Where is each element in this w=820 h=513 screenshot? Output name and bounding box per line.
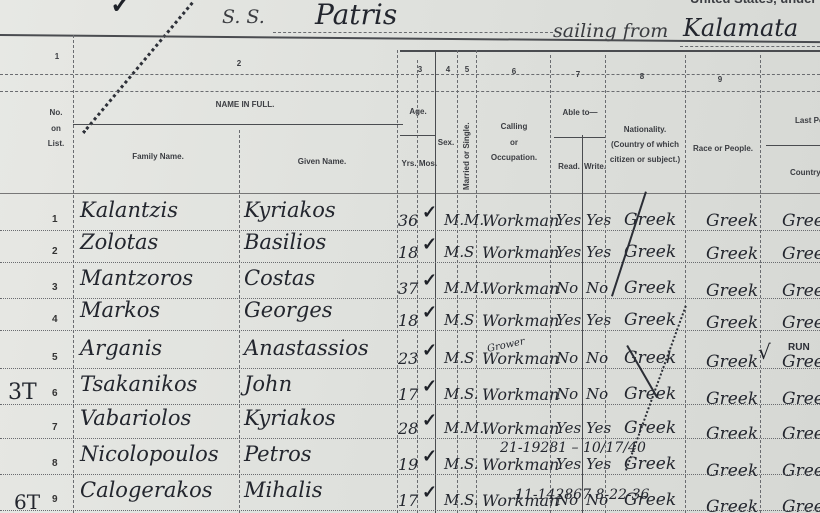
row7-note: 21-19281 – 10/17/40 <box>500 440 646 456</box>
row-check-mark-icon: ✓ <box>422 202 437 223</box>
cell-nationality: Greek <box>624 278 676 298</box>
cell-write: No <box>586 279 608 297</box>
cell-nationality: Greek <box>624 242 676 262</box>
header-given-name: Given Name. <box>298 157 346 166</box>
cell-country: Greece <box>782 352 820 372</box>
header-able-to: Able to— <box>562 108 597 117</box>
header-calling-2: or <box>510 138 518 147</box>
cell-write: Yes <box>586 419 611 437</box>
header-yrs: Yrs. <box>401 159 416 168</box>
cell-occupation: Workman <box>482 455 559 474</box>
cell-read: Yes <box>556 311 581 329</box>
cell-family: Markos <box>80 298 160 322</box>
cell-given: Costas <box>244 266 315 290</box>
cell-no: 6 <box>52 388 58 399</box>
cell-no: 3 <box>52 282 58 293</box>
cell-family: Nicolopoulos <box>80 442 219 466</box>
cell-age: 37 <box>398 279 418 298</box>
header-nationality-1: Nationality. <box>624 125 667 134</box>
cell-status: S. <box>464 455 479 473</box>
cell-age: 17 <box>398 491 418 510</box>
cell-given: Kyriakos <box>244 406 336 430</box>
cell-given: Petros <box>244 442 312 466</box>
cell-no: 9 <box>52 494 58 505</box>
cell-given: Kyriakos <box>244 198 336 222</box>
cell-nationality: Greek <box>624 210 676 230</box>
cell-family: Calogerakos <box>80 478 213 502</box>
cell-occupation: Workman <box>482 385 559 404</box>
cell-read: No <box>556 349 578 367</box>
cell-family: Vabariolos <box>80 406 191 430</box>
header-last-permanent: Last Per <box>795 116 820 125</box>
cell-family: Mantzoros <box>80 266 193 290</box>
corner-check-mark: ✓ <box>110 0 132 20</box>
cell-age: 23 <box>398 349 418 368</box>
cell-country: Greece <box>782 211 820 231</box>
cell-occupation: Workman <box>482 311 559 330</box>
row-check-mark-icon: ✓ <box>422 376 437 397</box>
cell-age: 17 <box>398 385 418 404</box>
header-name-in-full: NAME IN FULL. <box>216 100 275 109</box>
cell-race: Greek <box>706 211 758 231</box>
cell-read: Yes <box>556 419 581 437</box>
cell-race: Greek <box>706 389 758 409</box>
col-number-6: 6 <box>512 67 516 76</box>
cell-age: 18 <box>398 311 418 330</box>
cell-write: Yes <box>586 211 611 229</box>
cell-given: Anastassios <box>244 336 369 360</box>
col-number-1: 1 <box>55 52 59 61</box>
cell-write: No <box>586 385 608 403</box>
header-nationality-3: citizen or subject.) <box>610 155 680 164</box>
cell-age: 18 <box>398 243 418 262</box>
cell-no: 1 <box>52 214 58 225</box>
cell-age: 36 <box>398 211 418 230</box>
cell-family: Kalantzis <box>80 198 178 222</box>
col-number-8: 8 <box>640 72 644 81</box>
cell-read: No <box>556 385 578 403</box>
race-check-mark: √ <box>758 340 771 364</box>
row-check-mark-icon: ✓ <box>422 446 437 467</box>
header-age: Age. <box>409 107 426 116</box>
header-calling-1: Calling <box>501 122 528 131</box>
row-check-mark-icon: ✓ <box>422 482 437 503</box>
cell-family: Arganis <box>80 336 162 360</box>
header-calling-3: Occupation. <box>491 153 537 162</box>
cell-sex: M. <box>444 243 464 261</box>
cell-given: Basilios <box>244 230 326 254</box>
cell-given: Georges <box>244 298 333 322</box>
header-list: List. <box>48 139 64 148</box>
cell-age: 19 <box>398 455 418 474</box>
cell-nationality: Greek <box>624 310 676 330</box>
row-check-mark-icon: ✓ <box>422 302 437 323</box>
cell-family: Zolotas <box>80 230 158 254</box>
cell-write: Yes <box>586 455 611 473</box>
diagonal-stamp-mark <box>82 2 194 134</box>
cell-read: Yes <box>556 455 581 473</box>
cell-sex: M. <box>444 455 464 473</box>
margin-mark-row6: 3T <box>8 380 37 405</box>
header-read: Read. <box>558 162 580 171</box>
cell-write: Yes <box>586 243 611 261</box>
cell-status: S <box>464 243 474 261</box>
cell-status: S <box>464 311 474 329</box>
cell-no: 7 <box>52 422 58 433</box>
run-stamp: RUN <box>788 342 810 353</box>
row-check-mark-icon: ✓ <box>422 270 437 291</box>
header-country: Country. <box>790 168 820 177</box>
header-nationality-2: (Country of which <box>611 140 679 149</box>
cell-read: Yes <box>556 211 581 229</box>
cell-country: Greece <box>782 461 820 481</box>
cell-country: Greece <box>782 244 820 264</box>
cell-race: Greek <box>706 352 758 372</box>
port-name: Kalamata <box>683 14 798 42</box>
cell-no: 8 <box>52 458 58 469</box>
cell-age: 28 <box>398 419 418 438</box>
cell-race: Greek <box>706 424 758 444</box>
header-married-or-single: Married or Single. <box>462 122 471 190</box>
col-number-3: 3 <box>418 65 422 74</box>
row-check-mark-icon: ✓ <box>422 234 437 255</box>
cell-sex: M. <box>444 349 464 367</box>
cell-family: Tsakanikos <box>80 372 197 396</box>
header-write: Write. <box>584 162 606 171</box>
cell-status: S. <box>464 385 479 403</box>
col-number-2: 2 <box>237 59 241 68</box>
cell-sex: M. <box>444 491 464 509</box>
header-mos: Mos. <box>419 159 437 168</box>
col-number-7: 7 <box>576 70 580 79</box>
cell-status: S. <box>464 491 479 509</box>
cell-race: Greek <box>706 461 758 481</box>
cell-occupation: Workman <box>482 419 559 438</box>
cell-sex: M. <box>444 279 464 297</box>
cell-sex: M. <box>444 419 464 437</box>
header-sex: Sex. <box>438 138 454 147</box>
header-top-fragment: United States, under <box>690 0 816 6</box>
cell-no: 2 <box>52 246 58 257</box>
row-check-mark-icon: ✓ <box>422 410 437 431</box>
cell-race: Greek <box>706 244 758 264</box>
col-number-9: 9 <box>718 75 722 84</box>
ship-prefix: S. S. <box>222 6 265 28</box>
cell-country: Greece <box>782 424 820 444</box>
cell-occupation: Workman <box>482 211 559 230</box>
cell-write: Yes <box>586 311 611 329</box>
header-race: Race or People. <box>693 144 753 153</box>
cell-write: No <box>586 349 608 367</box>
margin-mark-row9: 6T <box>14 490 40 513</box>
cell-read: Yes <box>556 243 581 261</box>
cell-nationality: Greek <box>624 418 676 438</box>
cell-country: Greece <box>782 389 820 409</box>
col-number-4: 4 <box>446 65 450 74</box>
row-check-mark-icon: ✓ <box>422 340 437 361</box>
col-number-5: 5 <box>465 65 469 74</box>
header-no: No. <box>50 108 63 117</box>
cell-sex: M. <box>444 385 464 403</box>
cell-given: John <box>244 372 292 396</box>
header-family-name: Family Name. <box>132 152 184 161</box>
cell-sex: M. <box>444 311 464 329</box>
cell-occupation: Workman <box>482 243 559 262</box>
ship-name: Patris <box>315 0 397 31</box>
row8-note: 11-142867 8-22-36 <box>515 487 649 503</box>
cell-no: 5 <box>52 352 58 363</box>
cell-read: No <box>556 279 578 297</box>
manifest-page: United States, under S. S. Patris sailin… <box>0 0 820 513</box>
header-on: on <box>51 124 61 133</box>
cell-occupation: Workman <box>482 279 559 298</box>
cell-status: S <box>464 349 474 367</box>
cell-no: 4 <box>52 314 58 325</box>
cell-given: Mihalis <box>244 478 322 502</box>
cell-sex: M. <box>444 211 464 229</box>
